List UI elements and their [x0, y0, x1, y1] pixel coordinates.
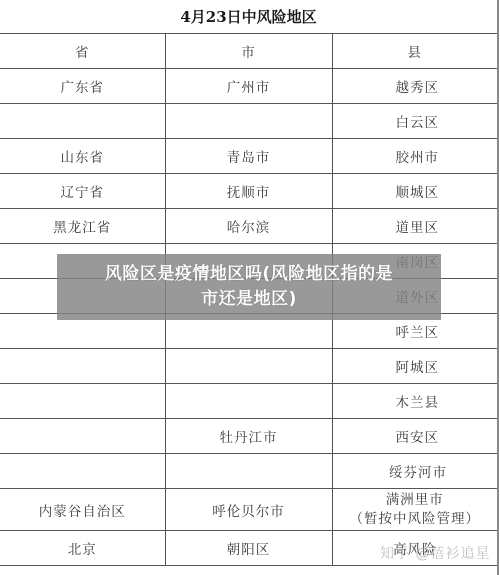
cell-county: 胶州市	[332, 139, 497, 174]
cell-county: 越秀区	[332, 69, 497, 104]
table-row: 木兰县	[0, 384, 497, 419]
banner-line-1: 风险区是疫情地区吗(风险地区指的是	[105, 262, 393, 287]
cell-province: 广东省	[0, 69, 165, 104]
cell-province: 黑龙江省	[0, 209, 165, 244]
header-province: 省	[0, 34, 165, 69]
risk-area-table-image: 4月23日中风险地区 省 市 县 广东省 广州市 越秀区 白云区 山东省 青岛市…	[0, 0, 499, 575]
cell-city: 朝阳区	[165, 531, 332, 566]
cell-province: 山东省	[0, 139, 165, 174]
county-name: 满洲里市	[333, 491, 498, 510]
cell-city: 广州市	[165, 69, 332, 104]
cell-city: 青岛市	[165, 139, 332, 174]
cell-county: 道里区	[332, 209, 497, 244]
header-row: 省 市 县	[0, 34, 497, 69]
cell-county: 满洲里市 （暂按中风险管理）	[332, 489, 497, 531]
cell-city	[165, 104, 332, 139]
table-row: 辽宁省 抚顺市 顺城区	[0, 174, 497, 209]
cell-city: 呼伦贝尔市	[165, 489, 332, 531]
cell-province: 北京	[0, 531, 165, 566]
cell-province	[0, 384, 165, 419]
table-row: 黑龙江省 哈尔滨 道里区	[0, 209, 497, 244]
cell-city: 哈尔滨	[165, 209, 332, 244]
table-row: 牡丹江市 西安区	[0, 419, 497, 454]
cell-city	[165, 384, 332, 419]
table-row: 白云区	[0, 104, 497, 139]
header-county: 县	[332, 34, 497, 69]
banner-line-2: 市还是地区)	[201, 287, 297, 312]
watermark: 知乎 @蓓衫追星	[380, 543, 490, 563]
table-row: 广东省 广州市 越秀区	[0, 69, 497, 104]
cell-county: 绥芬河市	[332, 454, 497, 489]
cell-province: 辽宁省	[0, 174, 165, 209]
table-row-inner-mongolia: 内蒙谷自治区 呼伦贝尔市 满洲里市 （暂按中风险管理）	[0, 489, 497, 531]
cell-county: 木兰县	[332, 384, 497, 419]
table-row: 绥芬河市	[0, 454, 497, 489]
cell-county: 阿城区	[332, 349, 497, 384]
county-note: （暂按中风险管理）	[333, 510, 498, 529]
cell-province	[0, 349, 165, 384]
cell-city	[165, 454, 332, 489]
table-title: 4月23日中风险地区	[0, 0, 497, 34]
cell-city: 抚顺市	[165, 174, 332, 209]
cell-county: 顺城区	[332, 174, 497, 209]
cell-county: 白云区	[332, 104, 497, 139]
cell-province: 内蒙谷自治区	[0, 489, 165, 531]
cell-province	[0, 104, 165, 139]
table-row: 山东省 青岛市 胶州市	[0, 139, 497, 174]
cell-province	[0, 454, 165, 489]
cell-province	[0, 419, 165, 454]
article-title-banner: 风险区是疫情地区吗(风险地区指的是 市还是地区)	[57, 254, 441, 320]
cell-city	[165, 349, 332, 384]
header-city: 市	[165, 34, 332, 69]
cell-city: 牡丹江市	[165, 419, 332, 454]
cell-county: 西安区	[332, 419, 497, 454]
table-row: 阿城区	[0, 349, 497, 384]
